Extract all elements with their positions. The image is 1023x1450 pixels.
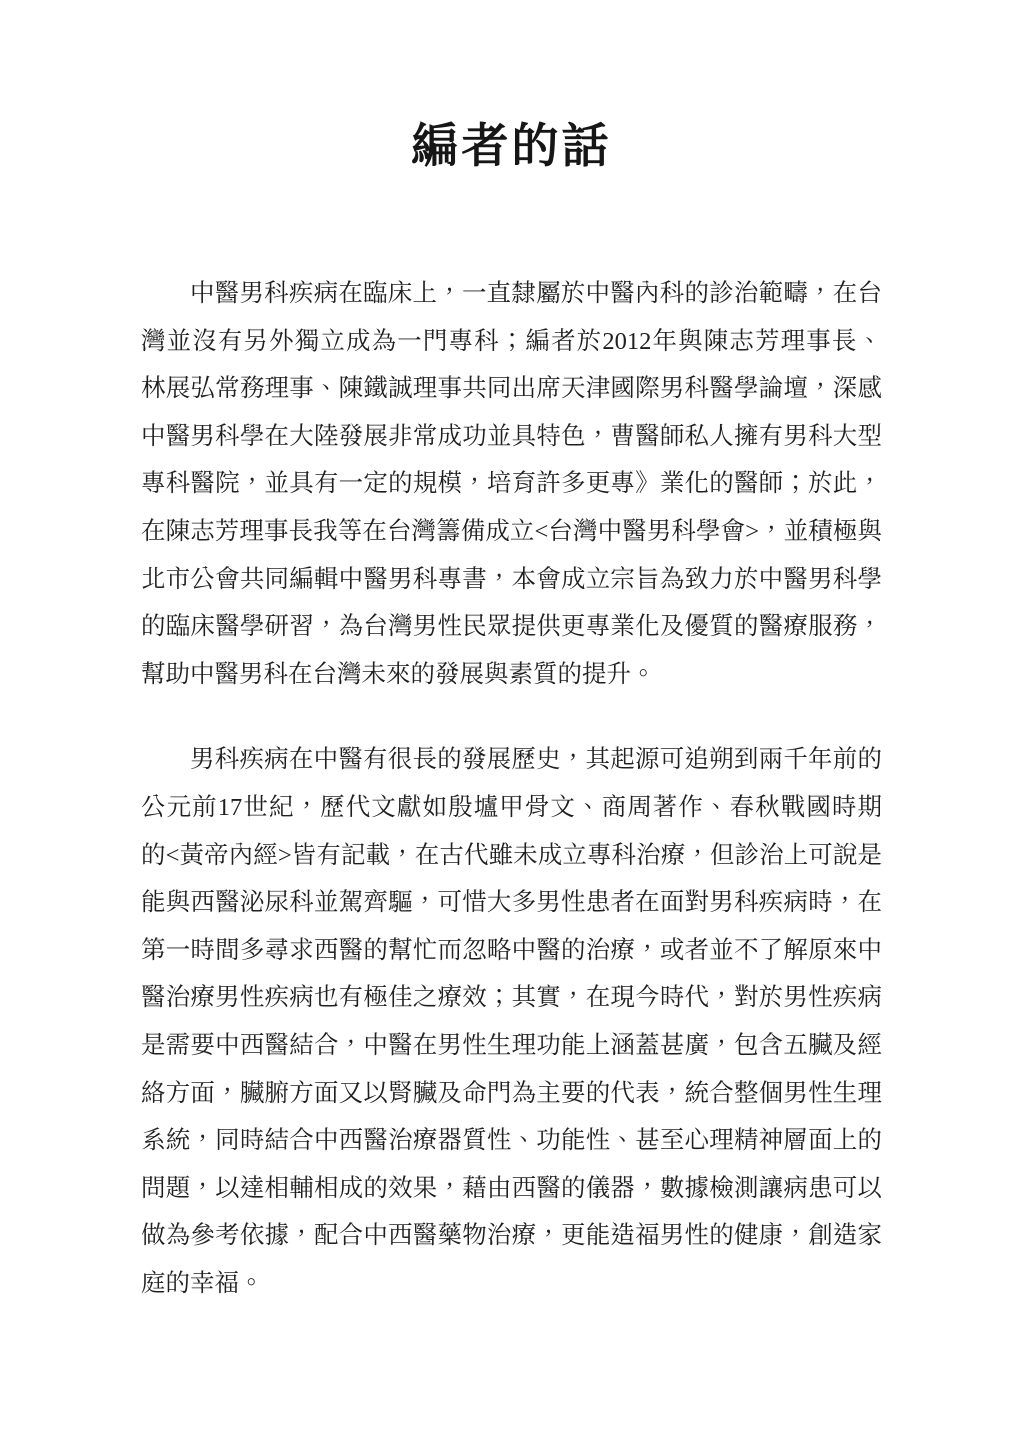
text-line: 中醫男科學在大陸發展非常成功並具特色，曹醫師私人擁有男科大型 bbox=[141, 413, 882, 461]
text-line: 能與西醫泌尿科並駕齊驅，可惜大多男性患者在面對男科疾病時，在 bbox=[141, 879, 882, 927]
paragraph: 男科疾病在中醫有很長的發展歷史，其起源可追朔到兩千年前的公元前17世紀，歷代文獻… bbox=[141, 736, 882, 1307]
text-line: 的臨床醫學研習，為台灣男性民眾提供更專業化及優質的醫療服務， bbox=[141, 603, 882, 651]
text-line: 男科疾病在中醫有很長的發展歷史，其起源可追朔到兩千年前的 bbox=[141, 736, 882, 784]
paragraph: 中醫男科疾病在臨床上，一直隸屬於中醫內科的診治範疇，在台灣並沒有另外獨立成為一門… bbox=[141, 270, 882, 698]
page-title: 編者的話 bbox=[0, 0, 1023, 176]
text-line: 中醫男科疾病在臨床上，一直隸屬於中醫內科的診治範疇，在台 bbox=[141, 270, 882, 318]
text-line: 林展弘常務理事、陳鐵誠理事共同出席天津國際男科醫學論壇，深感 bbox=[141, 365, 882, 413]
text-line: 是需要中西醫結合，中醫在男性生理功能上涵蓋甚廣，包含五臟及經 bbox=[141, 1022, 882, 1070]
text-line: 北市公會共同編輯中醫男科專書，本會成立宗旨為致力於中醫男科學 bbox=[141, 556, 882, 604]
text-line: 在陳志芳理事長我等在台灣籌備成立<台灣中醫男科學會>，並積極與 bbox=[141, 508, 882, 556]
text-line: 系統，同時結合中西醫治療器質性、功能性、甚至心理精神層面上的 bbox=[141, 1117, 882, 1165]
text-line: 問題，以達相輔相成的效果，藉由西醫的儀器，數據檢測讓病患可以 bbox=[141, 1165, 882, 1213]
text-line: 庭的幸福。 bbox=[141, 1260, 882, 1308]
body-text: 中醫男科疾病在臨床上，一直隸屬於中醫內科的診治範疇，在台灣並沒有另外獨立成為一門… bbox=[141, 270, 882, 1307]
text-line: 醫治療男性疾病也有極佳之療效；其實，在現今時代，對於男性疾病 bbox=[141, 974, 882, 1022]
text-line: 專科醫院，並具有一定的規模，培育許多更專》業化的醫師；於此， bbox=[141, 460, 882, 508]
text-line: 絡方面，臟腑方面又以腎臟及命門為主要的代表，統合整個男性生理 bbox=[141, 1070, 882, 1118]
document-page: 編者的話 中醫男科疾病在臨床上，一直隸屬於中醫內科的診治範疇，在台灣並沒有另外獨… bbox=[0, 0, 1023, 1450]
text-line: 的<黃帝內經>皆有記載，在古代雖未成立專科治療，但診治上可說是 bbox=[141, 832, 882, 880]
text-line: 做為參考依據，配合中西醫藥物治療，更能造福男性的健康，創造家 bbox=[141, 1212, 882, 1260]
text-line: 幫助中醫男科在台灣未來的發展與素質的提升。 bbox=[141, 651, 882, 699]
text-line: 灣並沒有另外獨立成為一門專科；編者於2012年與陳志芳理事長、 bbox=[141, 318, 882, 366]
text-line: 第一時間多尋求西醫的幫忙而忽略中醫的治療，或者並不了解原來中 bbox=[141, 927, 882, 975]
text-line: 公元前17世紀，歷代文獻如殷壚甲骨文、商周著作、春秋戰國時期 bbox=[141, 784, 882, 832]
